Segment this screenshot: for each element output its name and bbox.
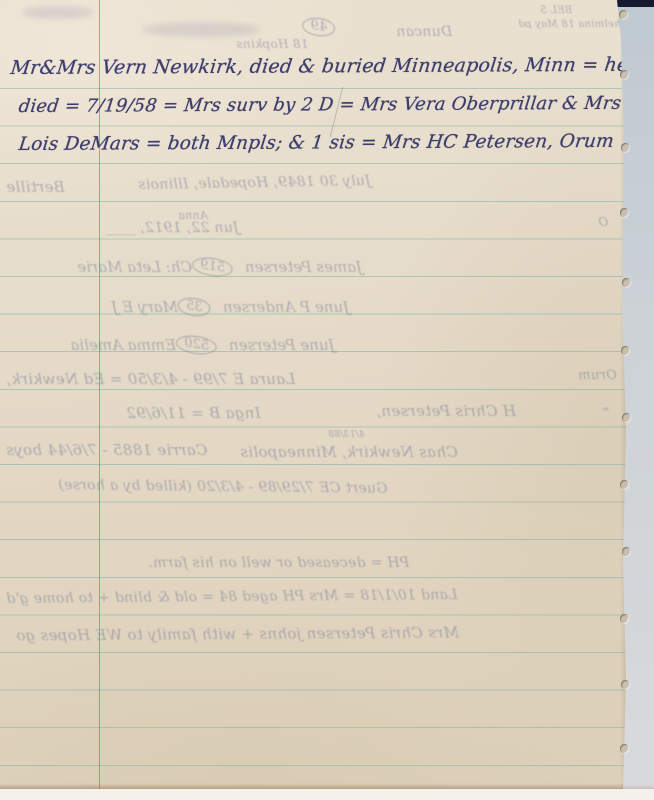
red-margin-line (99, 0, 100, 789)
bleedthrough-name: Ch: Leta Marie (6, 258, 192, 276)
bleedthrough-number: 520 (175, 333, 218, 357)
ink-smudge (142, 22, 260, 37)
bleedthrough-child-row: Ch: Leta Marie 519 James Petersen (6, 258, 362, 276)
entry-line-3: Lois DeMars = both Mnpls; & 1 sis = Mrs … (18, 131, 616, 155)
ink-smudge (22, 6, 94, 19)
binding-notch (621, 346, 629, 355)
bleedthrough-fragment: 18 Hopkins (236, 37, 308, 51)
binding-notch (622, 413, 630, 422)
bleedthrough-fragment: Carrie 1885 - 7/6/44 boys (6, 441, 207, 459)
bleedthrough-fragment: ” (602, 406, 609, 422)
entry-line-2: died = 7/19/58 = Mrs surv by 2 D = Mrs V… (18, 93, 628, 117)
bleedthrough-fragment: Orum (578, 368, 617, 383)
bleedthrough-fragment: Guert CE 7/29/89 - 4/3/20 (killed by a h… (58, 477, 388, 496)
bleedthrough-name: Mary E J (28, 298, 178, 316)
bleedthrough-number: 519 (191, 255, 234, 279)
bleedthrough-fragment: O (598, 215, 608, 229)
bleedthrough-fragment: 4/13/88 (328, 430, 365, 440)
bleedthrough-fragment: Chas Newkirk, Minneapolis (240, 443, 458, 461)
bleedthrough-child-row: Mary E J 35 June P Andersen (28, 298, 349, 316)
binding-notch (621, 680, 629, 689)
bleedthrough-fragment: BEL 5 (540, 5, 572, 16)
scanned-notebook-page: BEL 5 Wilhelmina 18 May pd 18 Hopkins 49… (0, 0, 654, 800)
binding-notch (620, 70, 628, 79)
bleedthrough-fragment: Duncan (396, 24, 452, 40)
bleedthrough-fragment: Mrs Chris Petersen johns + with family t… (16, 623, 459, 644)
bleedthrough-fragment: Inga B = 11/6/92 (126, 404, 261, 422)
binding-notch (622, 547, 630, 556)
binding-notch (622, 278, 630, 287)
binding-notch (621, 143, 629, 152)
bleedthrough-fragment: Wilhelmina 18 May pd (518, 19, 628, 30)
notebook-paper: BEL 5 Wilhelmina 18 May pd 18 Hopkins 49… (0, 0, 628, 789)
bleedthrough-fragment: Bertille (6, 178, 65, 196)
entry-line-1: Mr&Mrs Vern Newkirk, died & buried Minne… (9, 54, 628, 79)
bleedthrough-page-number: 49 (302, 18, 335, 36)
binding-notch (620, 480, 628, 489)
scanner-dark-edge (612, 0, 654, 7)
bleedthrough-number: 35 (177, 296, 212, 318)
ruled-lines (0, 88, 628, 788)
bleedthrough-witness: June Petersen (229, 336, 335, 354)
bleedthrough-fragment: Laura E 7/99 - 4/3/50 = Ed Newkirk, (6, 370, 295, 388)
binding-notch (620, 614, 628, 623)
bleedthrough-fragment: Jun 22, 1912, ____ (106, 220, 239, 236)
binding-notch (620, 744, 628, 753)
binding-notch (620, 208, 628, 217)
bleedthrough-name: Emma Amelia (16, 336, 176, 354)
paper-edge-shadow (620, 0, 628, 789)
bleedthrough-fragment: PH = deceased or well on his farm. (148, 555, 409, 571)
binding-notch (619, 10, 627, 19)
scan-bottom-margin (0, 789, 654, 800)
bleedthrough-child-row: Emma Amelia 520 June Petersen (16, 336, 334, 354)
bleedthrough-witness: James Petersen (245, 258, 362, 276)
bleedthrough-fragment: H Chris Petersen, (376, 402, 516, 420)
bleedthrough-witness: June P Andersen (223, 298, 349, 316)
